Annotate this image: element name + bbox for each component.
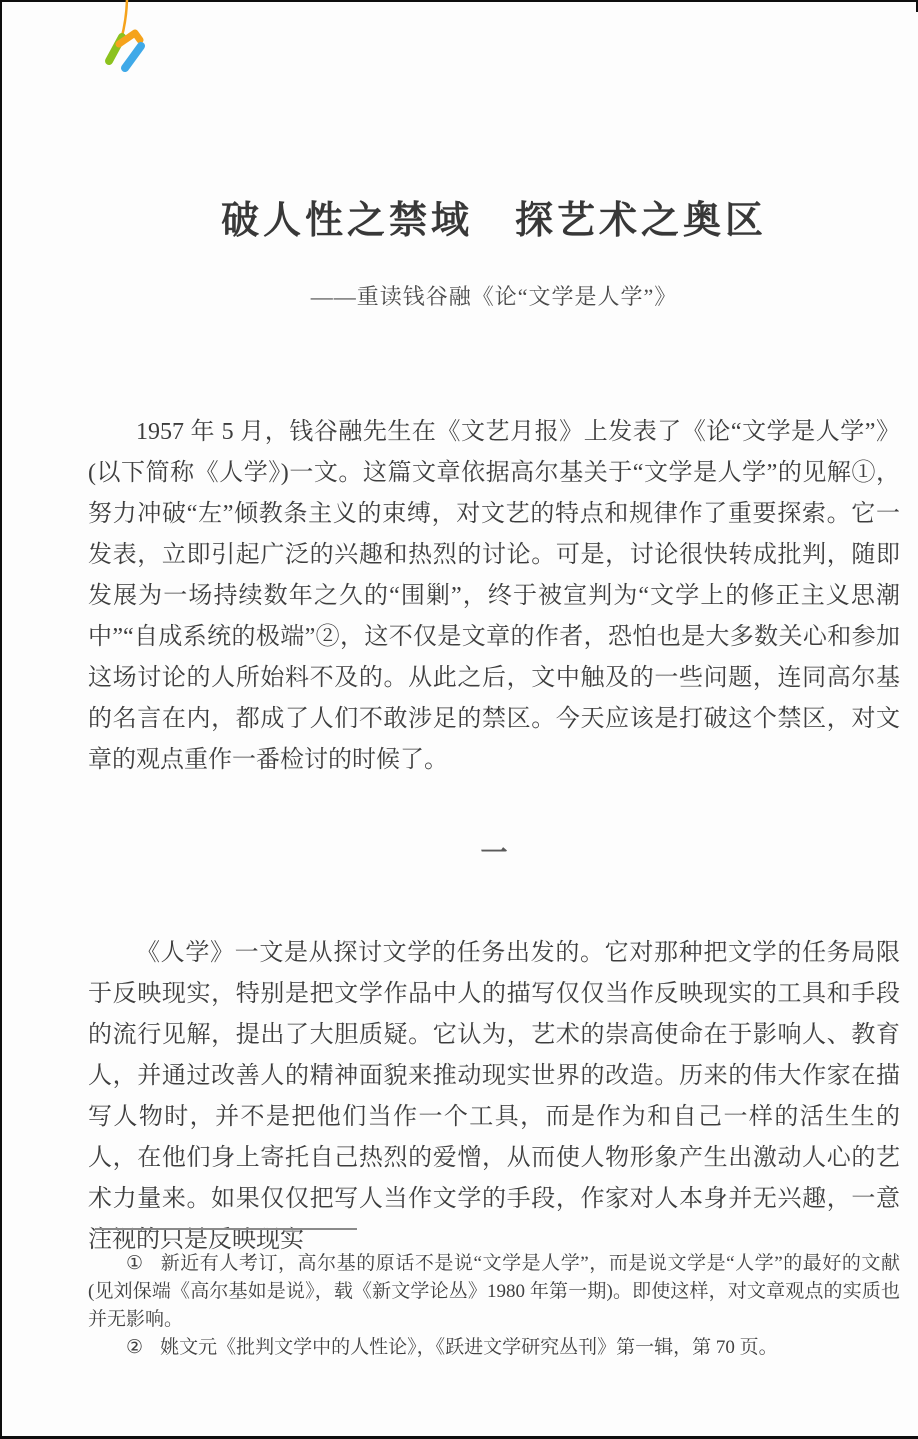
footnote-1: ①新近有人考订，高尔基的原话不是说“文学是人学”，而是说文学是“人学”的最好的文…	[88, 1250, 900, 1334]
footnote-2: ②姚文元《批判文学中的人性论》，《跃进文学研究丛刊》第一辑，第 70 页。	[88, 1334, 900, 1362]
paragraph-2: 《人学》一文是从探讨文学的任务出发的。它对那种把文学的任务局限于反映现实，特别是…	[88, 933, 900, 1261]
article-title: 破人性之禁域 探艺术之奥区	[88, 196, 900, 246]
footnote-separator-rule	[95, 1228, 357, 1230]
footnote-2-text: 姚文元《批判文学中的人性论》，《跃进文学研究丛刊》第一辑，第 70 页。	[160, 1337, 778, 1358]
colored-ribbon-watermark-icon	[85, 0, 165, 85]
footnote-2-marker: ②	[126, 1337, 143, 1358]
footnote-1-marker: ①	[126, 1253, 144, 1274]
footnote-1-text: 新近有人考订，高尔基的原话不是说“文学是人学”，而是说文学是“人学”的最好的文献…	[88, 1253, 900, 1330]
article-subtitle: ——重读钱谷融《论“文学是人学”》	[88, 281, 900, 313]
scanned-book-page: 破人性之禁域 探艺术之奥区 ——重读钱谷融《论“文学是人学”》 1957 年 5…	[0, 0, 918, 1439]
paragraph-1: 1957 年 5 月，钱谷融先生在《文艺月报》上发表了《论“文学是人学”》(以下…	[88, 412, 900, 781]
section-divider-one: 一	[88, 838, 900, 868]
page-edge-left	[0, 0, 2, 1439]
footnote-block: ①新近有人考订，高尔基的原话不是说“文学是人学”，而是说文学是“人学”的最好的文…	[88, 1250, 900, 1362]
